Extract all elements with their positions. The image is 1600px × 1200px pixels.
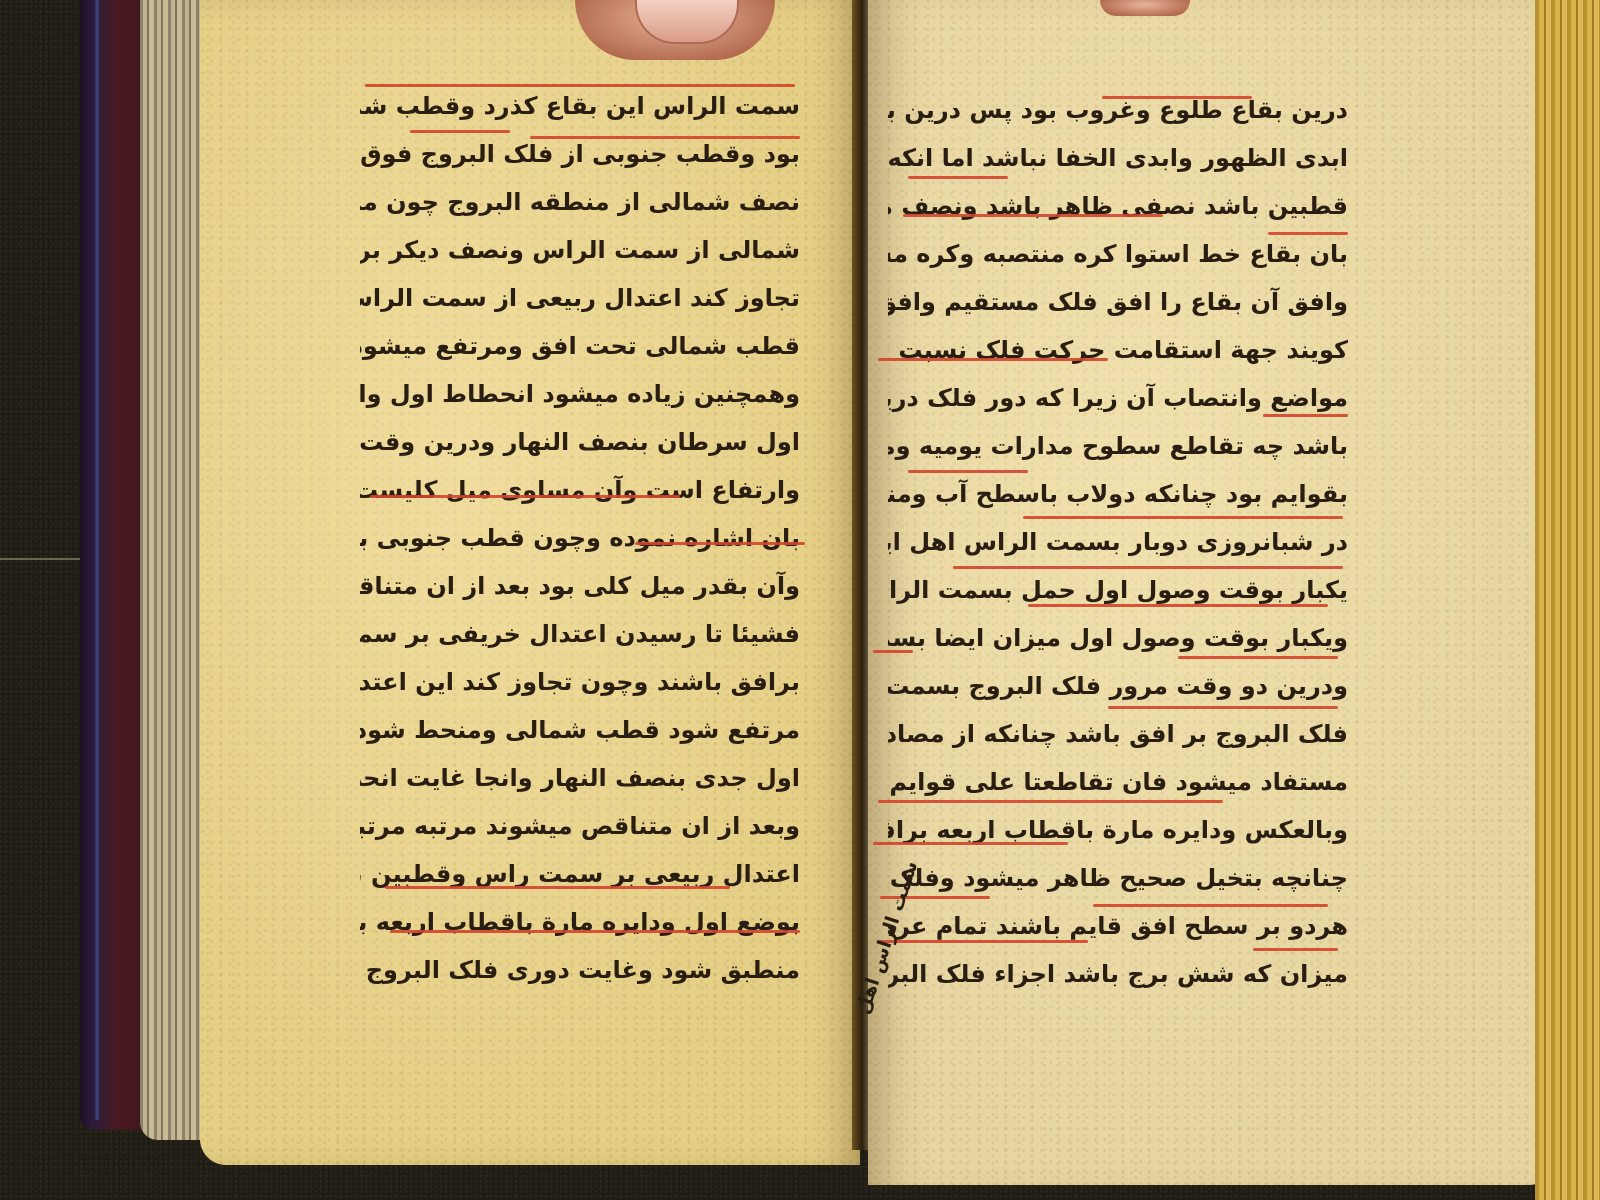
right-page: درین بقاع طلوع وغروب بود پس درین بقاع کو… bbox=[868, 0, 1548, 1185]
text-line: باشد چه تقاطع سطوح مدارات یومیه ومعدل با… bbox=[888, 422, 1348, 470]
rubric-line bbox=[365, 84, 795, 87]
text-line: درین بقاع طلوع وغروب بود پس درین بقاع کو… bbox=[888, 86, 1348, 134]
text-line: سمت الراس این بقاع کذرد وقطب شمالی فلک ا… bbox=[360, 82, 800, 130]
rubric-line bbox=[635, 542, 805, 545]
text-line: وافق آن بقاع را افق فلک مستقیم وافق کره … bbox=[888, 278, 1348, 326]
text-line: میزان که شش برج باشد اجزاء فلک البروج هم… bbox=[888, 950, 1348, 998]
text-line: ابدی الظهور وابدی الخفا نباشد اما انکه ب… bbox=[888, 134, 1348, 182]
text-line: بقوایم بود چنانکه دولاب باسطح آب ومنطقه … bbox=[888, 470, 1348, 518]
text-line: منطبق شود وغایت دوری فلک البروج از سمت ا… bbox=[360, 946, 800, 994]
rubric-line bbox=[873, 842, 1068, 845]
text-line: اول سرطان بنصف النهار ودرین وقت غایت انح… bbox=[360, 418, 800, 466]
text-line: اول جدی بنصف النهار وانجا غایت انحطاط وا… bbox=[360, 754, 800, 802]
rubric-line bbox=[1263, 414, 1348, 417]
right-page-text: درین بقاع طلوع وغروب بود پس درین بقاع کو… bbox=[888, 86, 1348, 998]
text-line: مستفاد میشود فان تقاطعتا علی قوایم مر کل… bbox=[888, 758, 1348, 806]
holding-finger-left bbox=[575, 0, 775, 60]
rubric-line bbox=[1023, 516, 1343, 519]
holding-finger-right bbox=[1100, 0, 1190, 16]
text-line: ویکبار بوقت وصول اول میزان ایضا بسمت الر… bbox=[888, 614, 1348, 662]
rubric-line bbox=[908, 470, 1028, 473]
text-line: نصف شمالی از منطقه البروج چون مرور کند ب… bbox=[360, 178, 800, 226]
text-line: وبالعکس ودایره مارة باقطاب اربعه برافق م… bbox=[888, 806, 1348, 854]
text-line: فشیئا تا رسیدن اعتدال خریفی بر سمت راس و… bbox=[360, 610, 800, 658]
rubric-line bbox=[1268, 232, 1348, 235]
fingernail bbox=[635, 0, 739, 44]
page-stack-right bbox=[1535, 0, 1600, 1200]
rubric-line bbox=[1178, 656, 1338, 659]
text-line: اعتدال ربیعی بر سمت راس وقطبین برافق وعو… bbox=[360, 850, 800, 898]
rubric-line bbox=[1028, 604, 1328, 607]
rubric-line bbox=[410, 130, 510, 133]
rubric-line bbox=[953, 566, 1343, 569]
rubric-line bbox=[903, 214, 1163, 217]
text-line: ودرین دو وقت مرور فلک البروج بسمت الراس … bbox=[888, 662, 1348, 710]
left-page-text: سمت الراس این بقاع کذرد وقطب شمالی فلک ا… bbox=[360, 82, 800, 994]
rubric-line bbox=[370, 495, 680, 498]
text-line: قطبین باشد نصفی ظاهر باشد ونصف مخفی وفلک… bbox=[888, 182, 1348, 230]
rubric-line bbox=[878, 940, 1088, 943]
rubric-line bbox=[878, 800, 1223, 803]
rubric-line bbox=[530, 136, 800, 139]
rubric-line bbox=[1253, 948, 1338, 951]
rubric-line bbox=[1102, 96, 1252, 99]
text-line: وآن بقدر میل کلی بود بعد از ان متناقص شو… bbox=[360, 562, 800, 610]
rubric-line bbox=[385, 886, 730, 889]
rubric-line bbox=[873, 650, 913, 653]
text-line: کویند جهة استقامت حرکت فلک نسبت بحرکات غ… bbox=[888, 326, 1348, 374]
text-line: فلک البروج بر افق باشد چنانکه از مصادره … bbox=[888, 710, 1348, 758]
rubric-line bbox=[1108, 706, 1338, 709]
text-line: وهمچنین زیاده میشود انحطاط اول وارتفاع ث… bbox=[360, 370, 800, 418]
text-line: در شبانروزی دوبار بسمت الراس اهل این بقا… bbox=[888, 518, 1348, 566]
text-line: بان اشاره نموده وچون قطب جنوبی بغایت ارت… bbox=[360, 514, 800, 562]
left-page: سمت الراس این بقاع کذرد وقطب شمالی فلک ا… bbox=[200, 0, 860, 1165]
text-line: بان بقاع خط استوا کره منتصبه وکره مستقیم… bbox=[888, 230, 1348, 278]
rubric-line bbox=[878, 358, 1108, 361]
text-line: شمالی از سمت الراس ونصف دیکر بر جنوبی از… bbox=[360, 226, 800, 274]
text-line: قطب شمالی تحت افق ومرتفع میشود قطب جنوبی… bbox=[360, 322, 800, 370]
text-line: بوضع اول ودایره مارة باقطاب اربعه بر نصف… bbox=[360, 898, 800, 946]
text-line: برافق باشند وچون تجاوز کند این اعتدال از… bbox=[360, 658, 800, 706]
text-line: وارتفاع است وآن مساوی میل کلیست چنانکه م… bbox=[360, 466, 800, 514]
rubric-line bbox=[1093, 904, 1328, 907]
text-line: چنانچه بتخیل صحیح ظاهر میشود وفلک البروج… bbox=[888, 854, 1348, 902]
text-line: تجاوز کند اعتدال ربیعی از سمت الراس لازم… bbox=[360, 274, 800, 322]
text-line: مرتفع شود قطب شمالی ومنحط شود جنوبی تا ر… bbox=[360, 706, 800, 754]
rubric-line bbox=[908, 176, 1008, 179]
rubric-line bbox=[390, 930, 800, 933]
text-line: وبعد از ان متناقص میشوند مرتبه مرتبه تا … bbox=[360, 802, 800, 850]
